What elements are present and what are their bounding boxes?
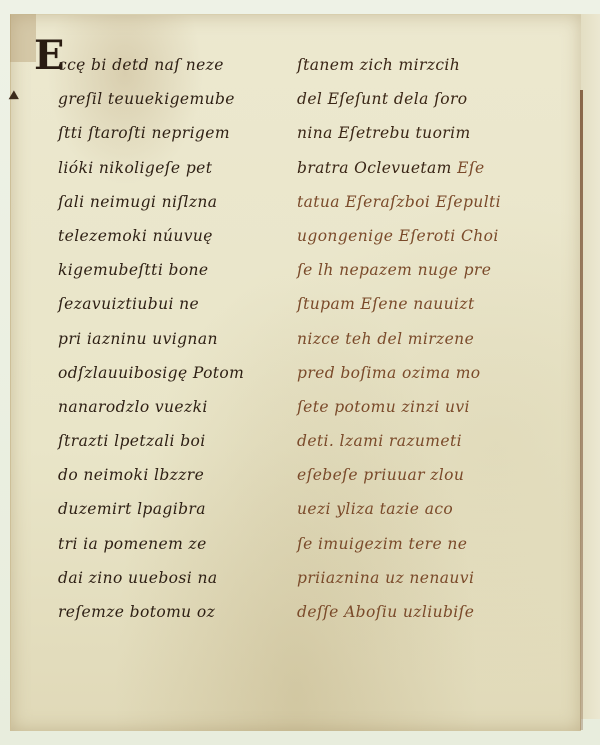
text-line: dai zino uuebosi na	[58, 561, 278, 595]
text-line: priiaznina uz nenauvi	[297, 561, 567, 595]
text-line: kigemubeſtti bone	[58, 253, 278, 287]
light-ink-text: tatua Eſeraſzboi Eſepulti	[297, 193, 501, 211]
light-ink-text: ſete potomu zinzi uvi	[297, 398, 470, 416]
text-line: tatua Eſeraſzboi Eſepulti	[297, 185, 567, 219]
text-line: uezi yliza tazie aco	[297, 492, 567, 526]
text-line: lióki nikoligeſe pet	[58, 151, 278, 185]
light-ink-text: uezi yliza tazie aco	[297, 500, 453, 518]
text-line: ccę bi detd naſ neze	[58, 48, 278, 82]
text-line: nanarodzlo vuezki	[58, 390, 278, 424]
text-line: odſzlauuibosigę Potom	[58, 356, 278, 390]
left-column: ccę bi detd naſ neze greſil teuuekigemub…	[58, 48, 278, 629]
text-line: ſezavuiztiubui ne	[58, 287, 278, 321]
text-line: nina Eſetrebu tuorim	[297, 116, 567, 150]
corner-stain	[10, 14, 36, 62]
text-line: ſe lh nepazem nuge pre	[297, 253, 567, 287]
text-line: ſe imuigezim tere ne	[297, 527, 567, 561]
text-line: bratra Oclevuetam Eſe	[297, 151, 567, 185]
text-line: pri iazninu uvignan	[58, 322, 278, 356]
dark-ink-text: bratra Oclevuetam	[297, 159, 457, 177]
dark-ink-text: del Eſeſunt dela ſoro	[297, 90, 468, 108]
text-line: greſil teuuekigemube	[58, 82, 278, 116]
text-line: ſtupam Eſene nauuizt	[297, 287, 567, 321]
light-ink-text: deti. lzami razumeti	[297, 432, 462, 450]
light-ink-text: ſtupam Eſene nauuizt	[297, 295, 475, 313]
light-ink-text: pred boſima ozima mo	[297, 364, 481, 382]
text-line: eſebeſe priuuar zlou	[297, 458, 567, 492]
light-ink-text: ſe lh nepazem nuge pre	[297, 261, 491, 279]
text-line: del Eſeſunt dela ſoro	[297, 82, 567, 116]
adjacent-page-edge	[580, 14, 600, 719]
text-line: deti. lzami razumeti	[297, 424, 567, 458]
text-line: nizce teh del mirzene	[297, 322, 567, 356]
text-line: tri ia pomenem ze	[58, 527, 278, 561]
light-ink-text: priiaznina uz nenauvi	[297, 569, 474, 587]
text-line: pred boſima ozima mo	[297, 356, 567, 390]
light-ink-text: ſe imuigezim tere ne	[297, 535, 467, 553]
right-column: ſtanem zich mirzcih del Eſeſunt dela ſor…	[297, 48, 567, 629]
text-line: ſtanem zich mirzcih	[297, 48, 567, 82]
light-ink-text: eſebeſe priuuar zlou	[297, 466, 464, 484]
text-line: do neimoki lbzzre	[58, 458, 278, 492]
text-line: ſete potomu zinzi uvi	[297, 390, 567, 424]
gutter-stain	[580, 90, 583, 730]
text-line: ugongenige Eſeroti Choi	[297, 219, 567, 253]
dark-ink-text: ſtanem zich mirzcih	[297, 56, 460, 74]
light-ink-text: ugongenige Eſeroti Choi	[297, 227, 499, 245]
text-line: telezemoki núuvuę	[58, 219, 278, 253]
light-ink-text: Eſe	[457, 159, 484, 177]
light-ink-text: deſſe Aboſiu uzliubiſe	[297, 603, 474, 621]
text-line: ſali neimugi niſlzna	[58, 185, 278, 219]
text-line: ſtti ſtaroſti neprigem	[58, 116, 278, 150]
text-line: reſemze botomu oz	[58, 595, 278, 629]
light-ink-text: nizce teh del mirzene	[297, 330, 474, 348]
text-line: ſtrazti lpetzali boi	[58, 424, 278, 458]
text-line: deſſe Aboſiu uzliubiſe	[297, 595, 567, 629]
text-line: duzemirt lpagibra	[58, 492, 278, 526]
dark-ink-text: nina Eſetrebu tuorim	[297, 124, 471, 142]
